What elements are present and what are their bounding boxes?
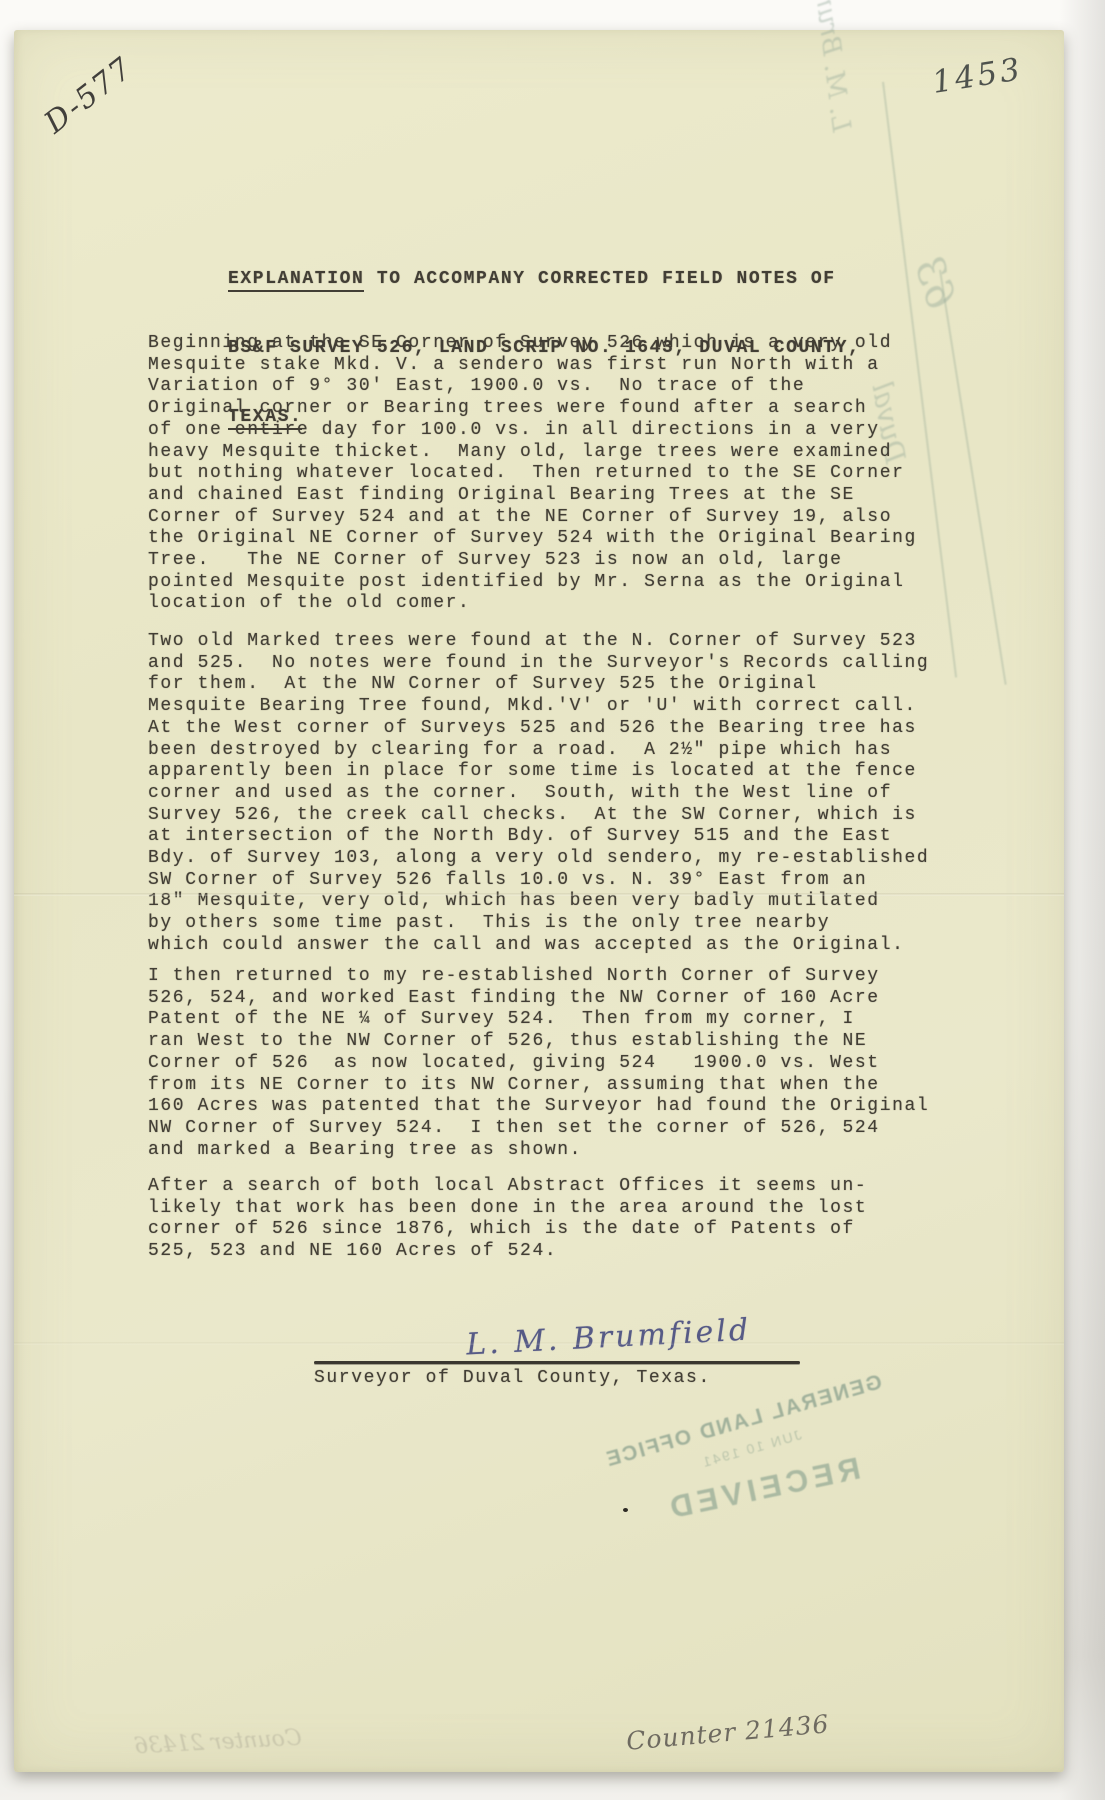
heading-line-1-rest: TO ACCOMPANY CORRECTED FIELD NOTES OF [364, 269, 835, 289]
ink-speck [162, 1243, 165, 1246]
fold-crease [14, 893, 1064, 896]
paragraph-3: I then returned to my re-established Nor… [148, 966, 929, 1161]
bleedthrough-text: 63 [905, 252, 964, 315]
signature-title: Surveyor of Duval County, Texas. [314, 1368, 711, 1390]
document-page: D-577 1453 L. M. Brumfield Duval 63 EXPL… [14, 30, 1064, 1772]
counter-number-note: Counter 21436 [625, 1709, 830, 1756]
file-number-annotation: D-577 [38, 50, 140, 140]
fold-crease [14, 1342, 1064, 1345]
paragraph-1: Beginning at the SE Corner of Survey 526… [148, 333, 917, 615]
bleedthrough-text: L. M. Brumfield [801, 0, 856, 134]
scanner-bed-shadow [1059, 0, 1105, 1800]
heading-line-1: EXPLANATION TO ACCOMPANY CORRECTED FIELD… [228, 268, 861, 291]
paragraph-4: After a search of both local Abstract Of… [148, 1176, 867, 1263]
signature-handwritten: L. M. Brumfield [465, 1313, 752, 1363]
land-office-stamp: GENERAL LAND OFFICE JUN 10 1941 RECEIVED [577, 1363, 931, 1553]
heading-underlined-word: EXPLANATION [228, 269, 364, 292]
paragraph-2: Two old Marked trees were found at the N… [148, 631, 929, 957]
scan-background: { "annotations": { "file_number": "D-577… [0, 0, 1105, 1800]
ink-speck [623, 1508, 628, 1512]
page-number-annotation: 1453 [930, 51, 1025, 101]
signature-rule [314, 1361, 800, 1364]
counter-number-bleedthrough: Counter 21436 [133, 1726, 302, 1760]
